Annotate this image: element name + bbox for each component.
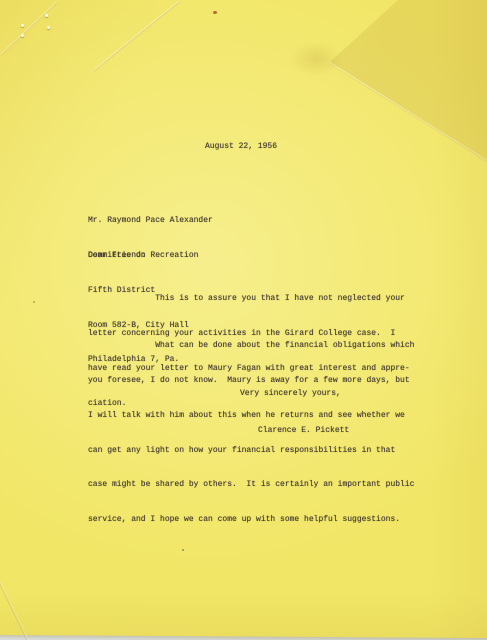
body-paragraph-2: What can be done about the financial obl… xyxy=(88,317,414,549)
closing-line: Very sincerely yours, xyxy=(240,388,341,400)
letter-line: This is to assure you that I have not ne… xyxy=(88,293,410,305)
salutation: Dear Friend: xyxy=(88,250,146,262)
address-line: Mr. Raymond Pace Alexander xyxy=(88,215,213,227)
date-line: August 22, 1956 xyxy=(205,141,277,153)
letter-content: August 22, 1956 Mr. Raymond Pace Alexand… xyxy=(0,0,487,640)
letter-line: service, and I hope we can come up with … xyxy=(88,514,414,526)
letter-line: you foresee, I do not know. Maury is awa… xyxy=(88,375,414,387)
letter-line: can get any light on how your financial … xyxy=(88,445,414,457)
letter-line: case might be shared by others. It is ce… xyxy=(88,479,414,491)
letter-line: I will talk with him about this when he … xyxy=(88,410,414,422)
signature-name: Clarence E. Pickett xyxy=(258,425,349,437)
scanned-letter-page: August 22, 1956 Mr. Raymond Pace Alexand… xyxy=(0,0,487,640)
letter-line: What can be done about the financial obl… xyxy=(88,340,414,352)
